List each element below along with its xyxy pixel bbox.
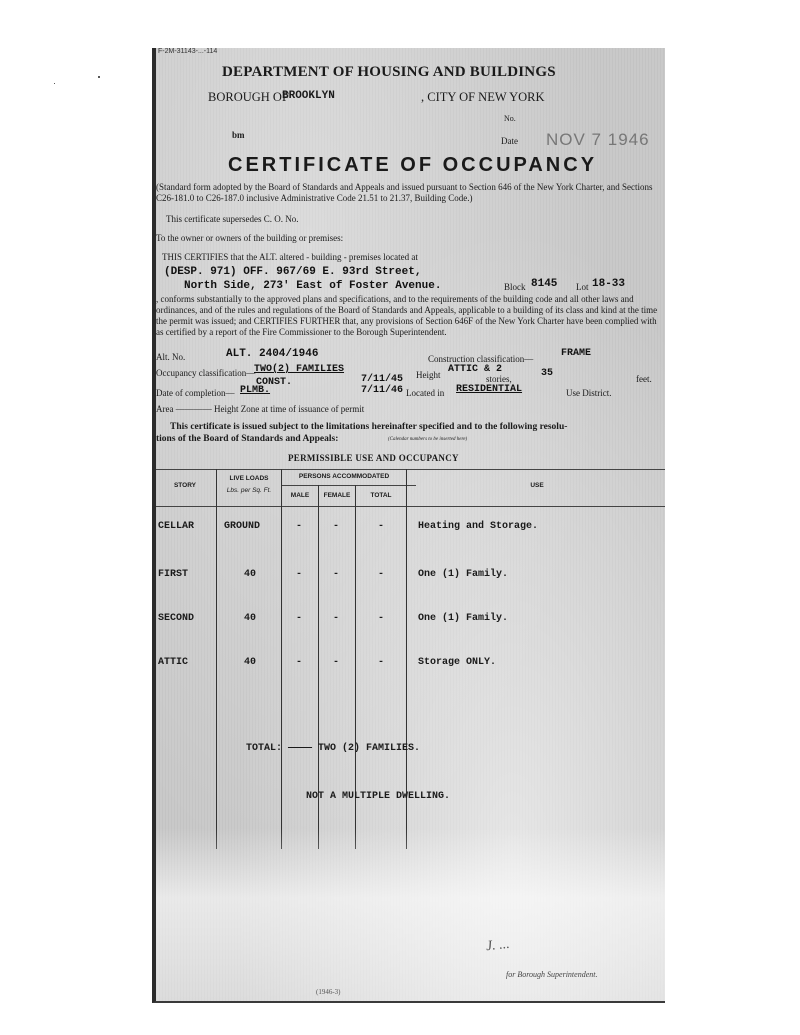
row-story: ATTIC	[158, 657, 188, 668]
const-date: 7/11/45	[361, 374, 403, 385]
row-total: -	[378, 569, 384, 580]
row-live-load: 40	[244, 657, 256, 668]
bm-label: bm	[232, 130, 245, 140]
dwelling-note: NOT A MULTIPLE DWELLING.	[306, 791, 450, 802]
row-story: SECOND	[158, 613, 194, 624]
table-top-rule	[156, 469, 665, 470]
row-male: -	[296, 613, 302, 624]
row-male: -	[296, 569, 302, 580]
row-live-load: 40	[244, 569, 256, 580]
certifies-text: THIS CERTIFIES that the ALT. altered - b…	[162, 252, 418, 262]
form-number: F-2M-31143-...-114	[158, 48, 217, 55]
header-total: TOTAL	[356, 492, 406, 499]
construction-value: FRAME	[561, 348, 591, 359]
lot-label: Lot	[576, 282, 589, 292]
located-value: RESIDENTIAL	[456, 384, 522, 395]
row-use: One (1) Family.	[418, 569, 508, 580]
table-header-rule	[156, 506, 665, 507]
signature: J. ...	[485, 937, 510, 955]
header-live-loads: LIVE LOADS	[218, 475, 280, 482]
row-male: -	[296, 657, 302, 668]
plmb-label: PLMB.	[240, 385, 270, 396]
header-live-loads-unit: Lbs. per Sq. Ft.	[218, 487, 280, 494]
lot-value: 18-33	[592, 278, 625, 290]
limitations-text-2: tions of the Board of Standards and Appe…	[156, 434, 338, 444]
row-live-load: 40	[244, 613, 256, 624]
row-story: CELLAR	[158, 521, 194, 532]
alt-no-value: ALT. 2404/1946	[226, 348, 318, 360]
scan-speck	[98, 76, 100, 78]
permissible-use-table: STORY LIVE LOADS Lbs. per Sq. Ft. PERSON…	[156, 469, 665, 879]
borough-label: BOROUGH OF	[208, 90, 289, 105]
block-value: 8145	[531, 278, 557, 290]
occupancy-value: TWO(2) FAMILIES	[254, 364, 344, 375]
number-label: No.	[504, 114, 516, 123]
row-live-load: GROUND	[224, 521, 260, 532]
borough-value: BROOKLYN	[282, 90, 335, 102]
signature-title: for Borough Superintendent.	[506, 970, 597, 979]
address-line-1: (DESP. 971) OFF. 967/69 E. 93rd Street,	[164, 266, 421, 278]
located-label: Located in	[406, 388, 444, 398]
header-male: MALE	[282, 492, 318, 499]
certificate-title: CERTIFICATE OF OCCUPANCY	[228, 154, 597, 177]
row-story: FIRST	[158, 569, 188, 580]
stories-label: stories,	[486, 374, 512, 384]
use-district-label: Use District.	[566, 388, 612, 398]
date-stamp: NOV 7 1946	[546, 130, 650, 150]
permissible-use-title: PERMISSIBLE USE AND OCCUPANCY	[288, 453, 459, 463]
row-use: Storage ONLY.	[418, 657, 496, 668]
certificate-document: F-2M-31143-...-114 DEPARTMENT OF HOUSING…	[152, 48, 665, 1003]
row-total: -	[378, 521, 384, 532]
feet-value: 35	[541, 368, 553, 379]
row-use: Heating and Storage.	[418, 521, 538, 532]
feet-label: feet.	[636, 374, 652, 384]
block-label: Block	[504, 282, 526, 292]
total-families: TOTAL: ———— TWO (2) FAMILIES.	[246, 743, 420, 754]
address-line-2: North Side, 273' East of Foster Avenue.	[184, 280, 441, 292]
conformity-text: , conforms substantially to the approved…	[156, 294, 665, 338]
row-total: -	[378, 657, 384, 668]
row-female: -	[333, 569, 339, 580]
completion-label: Date of completion—	[156, 388, 234, 398]
row-male: -	[296, 521, 302, 532]
row-use: One (1) Family.	[418, 613, 508, 624]
occupancy-label: Occupancy classification—	[156, 368, 255, 378]
construction-label: Construction classification—	[428, 354, 533, 364]
column-divider	[216, 469, 217, 849]
height-zone-line: Area ———— Height Zone at time of issuanc…	[156, 404, 364, 414]
standard-form-text: (Standard form adopted by the Board of S…	[156, 182, 665, 204]
row-female: -	[333, 657, 339, 668]
limitations-text-1: This certificate is issued subject to th…	[170, 422, 567, 432]
row-female: -	[333, 521, 339, 532]
column-divider	[281, 469, 282, 849]
header-female: FEMALE	[319, 492, 355, 499]
city-label: , CITY OF NEW YORK	[421, 90, 545, 105]
header-persons: PERSONS ACCOMMODATED	[282, 473, 406, 480]
supersedes-text: This certificate supersedes C. O. No.	[166, 214, 298, 224]
owner-text: To the owner or owners of the building o…	[156, 233, 343, 243]
calendar-note: (Calendar numbers to be inserted here)	[388, 437, 467, 442]
persons-subheader-rule	[281, 485, 416, 486]
alt-no-label: Alt. No.	[156, 352, 185, 362]
department-heading: DEPARTMENT OF HOUSING AND BUILDINGS	[222, 64, 556, 81]
row-female: -	[333, 613, 339, 624]
plmb-date: 7/11/46	[361, 385, 403, 396]
scan-speck	[54, 83, 55, 84]
header-story: STORY	[160, 482, 210, 489]
header-use: USE	[408, 482, 665, 489]
row-total: -	[378, 613, 384, 624]
date-label: Date	[501, 136, 518, 146]
height-label: Height	[416, 370, 441, 380]
form-code: (1946-3)	[316, 988, 341, 996]
